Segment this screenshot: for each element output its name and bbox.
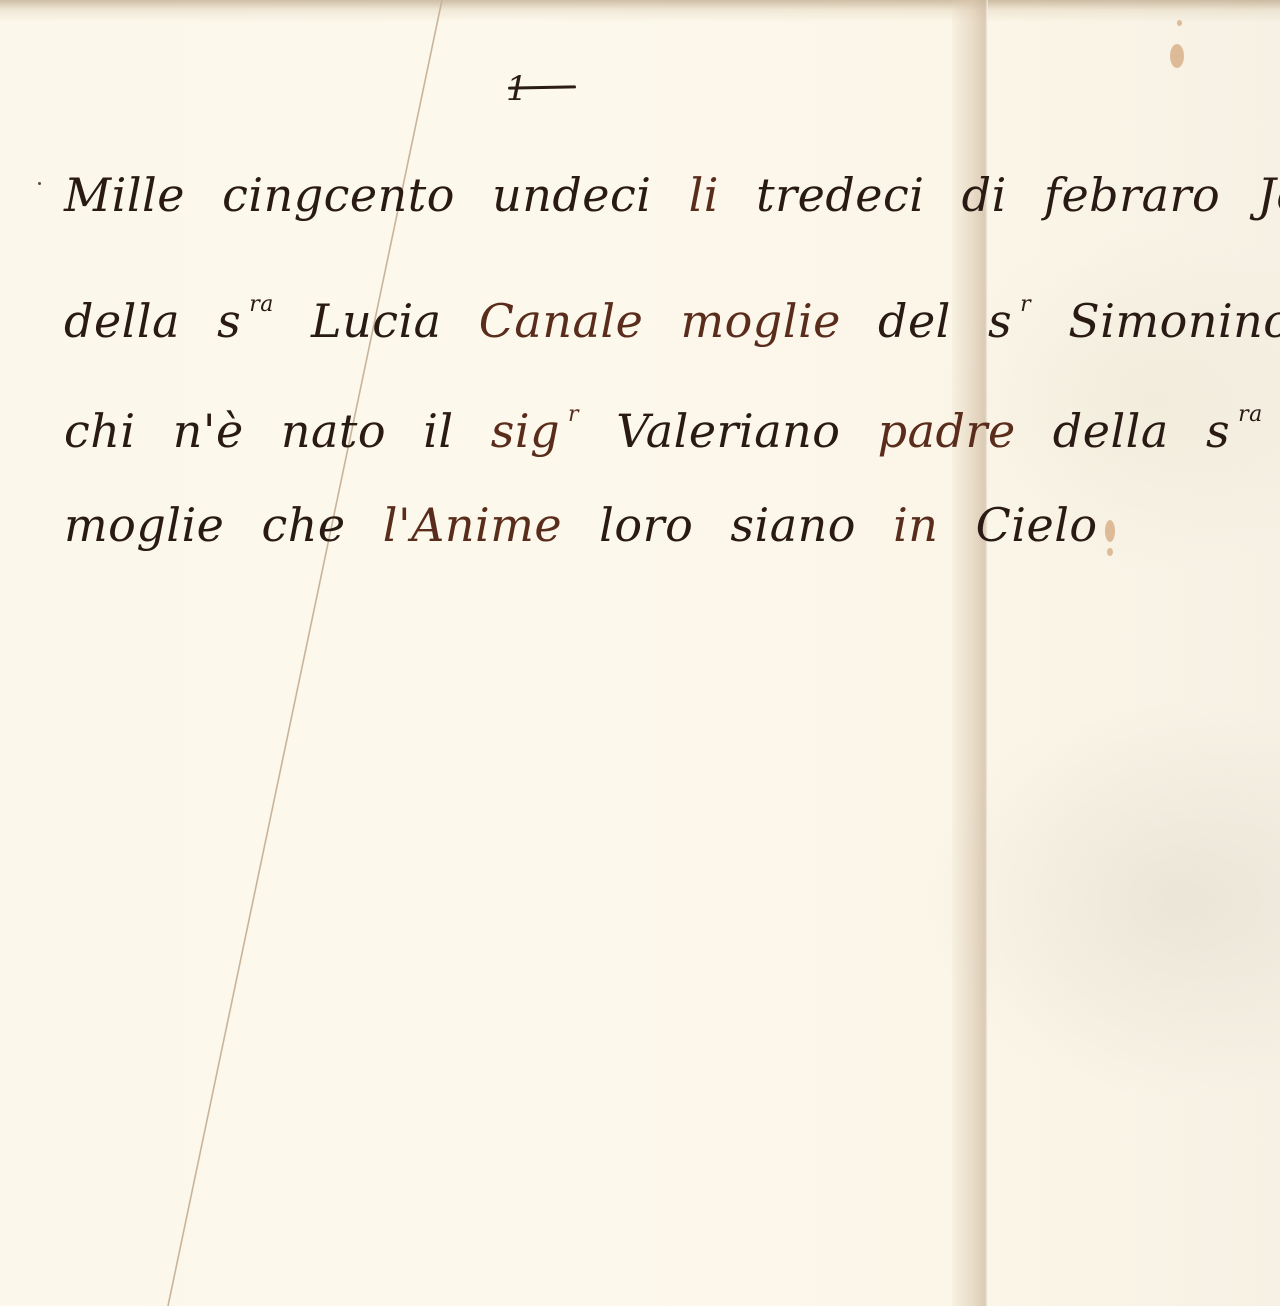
word: febraro <box>1044 140 1220 250</box>
manuscript-page: 1 Mille cingcento undeci li tredeci di f… <box>0 0 1280 1306</box>
text-line-2: della sra Lucia Canale moglie del sr Sim… <box>64 250 1264 360</box>
word: Mille <box>64 140 185 250</box>
word: che <box>262 470 346 580</box>
word: Cielo <box>976 470 1098 580</box>
superscript-abbreviation: ra <box>249 292 274 317</box>
ink-stain <box>1170 44 1184 68</box>
word: undeci <box>492 140 651 250</box>
text-line-4: moglie che l'Anime loro siano in Cielo <box>64 470 1264 580</box>
ink-stain <box>1177 20 1182 26</box>
text-line-3: chi n'è nato il sigr Valeriano padre del… <box>64 360 1264 470</box>
word: cingcento <box>222 140 455 250</box>
word: in <box>893 470 938 580</box>
word: siano <box>730 470 856 580</box>
margin-mark <box>38 182 41 185</box>
word: li <box>689 140 719 250</box>
superscript-abbreviation: ra <box>1238 402 1263 427</box>
superscript-abbreviation: r <box>1020 292 1031 317</box>
handwritten-text-block: Mille cingcento undeci li tredeci di feb… <box>64 140 1264 580</box>
text-line-1: Mille cingcento undeci li tredeci di feb… <box>64 140 1264 250</box>
torn-top-edge <box>0 0 1280 22</box>
superscript-abbreviation: r <box>568 402 579 427</box>
word: Jesu <box>1257 140 1280 250</box>
word: tredeci <box>756 140 924 250</box>
word: moglie <box>64 470 224 580</box>
page-number: 1 <box>506 72 528 106</box>
word: loro <box>599 470 693 580</box>
word: di <box>962 140 1007 250</box>
word: l'Anime <box>383 470 562 580</box>
